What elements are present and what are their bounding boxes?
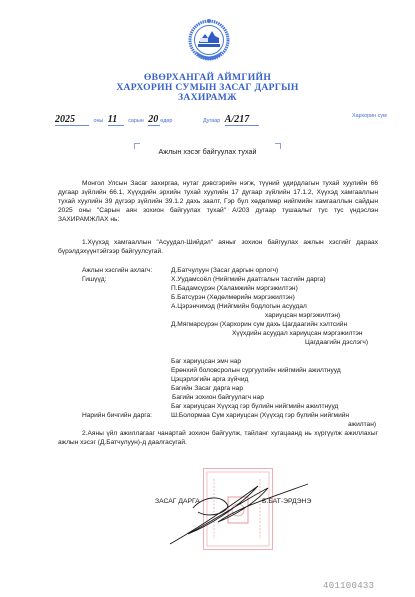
month-label: сарын [128, 118, 144, 124]
item-1-paragraph: 1.Хүүхэд хамгааллын "Асуудал-Шийдэл" аян… [58, 238, 378, 256]
year-value: 2025 [55, 114, 89, 126]
number-label: Дугаар [203, 118, 220, 124]
member-item: Д.Мягмарсүрэн (Хархорин сум дахь Цагдааг… [171, 320, 347, 329]
member-item: Х.Уудамсоёл (Нийгмийн даатгалын тасгийн … [171, 275, 326, 284]
secretary-value-cont: ажилтан) [348, 420, 376, 429]
number-value: А/217 [225, 114, 259, 126]
document-subject: Ажлын хэсэг байгуулах тухай [0, 147, 415, 156]
place: Хархорин сум [352, 113, 387, 119]
handwritten-signature [168, 478, 318, 548]
member-item-cont: Цагдаагийн дэслэгч) [305, 338, 368, 347]
number-field: Дугаар А/217 [203, 109, 259, 127]
member-item: Б.Батсүрэн (Хөдөлмөрийн мэргэжилтэн) [171, 293, 295, 302]
members-label: Гишүүд: [82, 275, 106, 284]
member-item: Баг хариуцсан эмч нар [171, 357, 241, 366]
member-item: Баг хариуцсан Хүүхэд гэр бүлийн нийгмийн… [171, 402, 338, 411]
document-type: ЗАХИРАМЖ [0, 93, 415, 104]
date-field: 2025 оны 11 сарын 20өдөр [55, 109, 172, 127]
day-value: 20 [148, 114, 160, 126]
member-item-cont: Хүүхдийн асуудал хариуцсан мэргэжилтэн [232, 329, 363, 338]
member-item: А.Цэрэнчимэд (Нийгмийн бодлогын асуудал [171, 302, 307, 311]
member-item: Ерөнхий боловсролын сургуулийн нийгмийн … [171, 366, 341, 375]
year-label: оны [93, 118, 103, 124]
member-item: Багийн Засаг дарга нар [171, 384, 243, 393]
leader-label: Ажлын хэсгийн ахлагч: [82, 266, 152, 275]
member-item-cont: хариуцсан мэргэжилтэн) [265, 311, 340, 320]
document-serial-number: 401100433 [323, 581, 374, 591]
month-value: 11 [108, 114, 124, 126]
member-item: Багийн зохион байгуулагч нар [172, 393, 264, 402]
mongolia-state-emblem-icon [186, 16, 232, 68]
intro-paragraph: Монгол Улсын Засаг захиргаа, нутаг дэвсг… [58, 179, 378, 224]
item-2-paragraph: 2.Аяны үйл ажиллагааг чанартай зохион ба… [58, 429, 378, 447]
leader-value: Д.Батчулуун (Засаг даргын орлогч) [171, 266, 278, 275]
member-item: П.Бадамсүрэн (Халамжийн мэргэжилтэн) [171, 284, 298, 293]
member-item: Цэцэрлэгийн арга зүйчид [171, 375, 248, 384]
secretary-value: Ш.Болормаа Сум хариуцсан (Хүүхэд гэр бүл… [171, 411, 349, 420]
day-label: өдөр [160, 118, 172, 124]
secretary-label: Нарийн бичгийн дарга: [82, 411, 152, 420]
